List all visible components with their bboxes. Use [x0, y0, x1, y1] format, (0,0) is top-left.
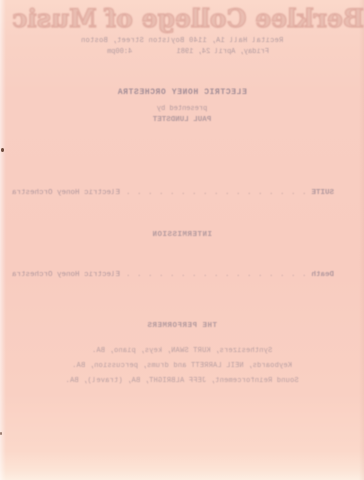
dotted-leader: . . . . . . . . . . . . . . . . . . . . … [120, 189, 311, 197]
mirrored-content-layer: Berklee College of Music Recital Hall 1A… [0, 0, 364, 480]
berklee-logo-text: Berklee College of Music [0, 4, 364, 33]
performer-credit-line: Keyboards, NEIL LARRETT and drums, percu… [0, 362, 364, 370]
performers-heading: THE PERFORMERS [0, 322, 364, 330]
date-time-line: Friday, April 24, 1981 4:00pm [107, 48, 269, 56]
paper-speck [0, 432, 2, 435]
program-item-title: SUITE [311, 189, 334, 197]
event-time: 4:00pm [107, 48, 132, 56]
venue-address-line: Recital Hall 1A, 1140 Boylston Street, B… [0, 37, 364, 45]
performer-credit-line: Synthesizers, KURT SWAN, keys, piano, BA… [0, 347, 364, 355]
scanned-program-page: Berklee College of Music Recital Hall 1A… [0, 0, 364, 480]
program-item-credit: Electric Honey Orchestra [12, 271, 120, 279]
intermission-label: INTERMISSION [0, 231, 364, 239]
performer-credit-line: Sound Reinforcement, JEFF ALBRIGHT, BA, … [0, 377, 364, 385]
program-item-title: Death [311, 271, 334, 279]
program-item-credit: Electric Honey Orchestra [12, 189, 120, 197]
event-date: Friday, April 24, 1981 [177, 48, 269, 56]
show-title: ELECTRIC HONEY ORCHESTRA [0, 88, 364, 97]
program-item-row: Death . . . . . . . . . . . . . . . . . … [12, 271, 334, 279]
dotted-leader: . . . . . . . . . . . . . . . . . . . . … [120, 271, 311, 279]
paper-speck [1, 148, 4, 152]
presented-by-label: presented by [0, 105, 364, 113]
presenter-name: PAUL LUNDSTET [0, 116, 364, 124]
program-item-row: SUITE . . . . . . . . . . . . . . . . . … [12, 189, 334, 197]
